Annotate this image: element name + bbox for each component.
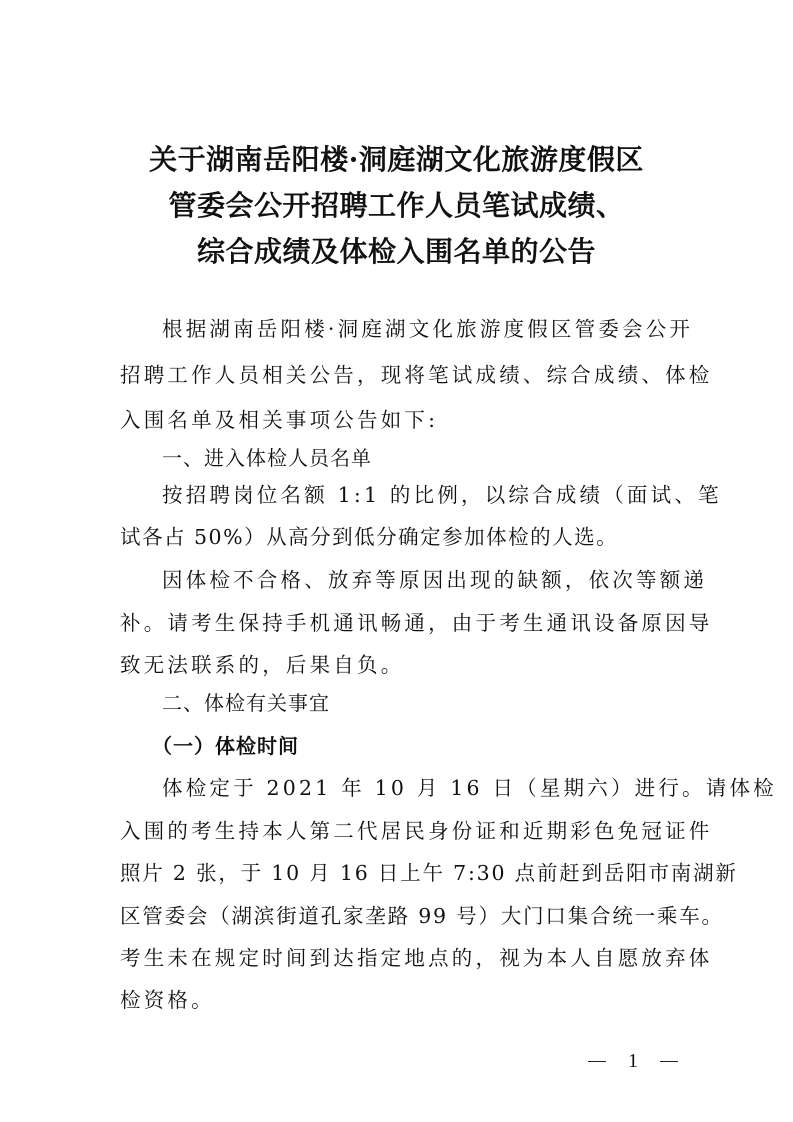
section-1-para-2-line-2: 补。请考生保持手机通讯畅通，由于考生通讯设备原因导 — [120, 608, 680, 638]
section-2-sub-1-heading: （一）体检时间 — [152, 731, 712, 761]
section-2-sub-1-line-1: 体检定于 2021 年 10 月 16 日（星期六）进行。请体检 — [162, 773, 680, 803]
section-1-para-1-line-2: 试各占 50%）从高分到低分确定参加体检的人选。 — [120, 522, 680, 552]
section-2-heading: 二、体检有关事宜 — [162, 688, 680, 718]
section-2-sub-1-line-5: 考生未在规定时间到达指定地点的，视为本人自愿放弃体 — [120, 943, 680, 973]
section-1-para-2-line-3: 致无法联系的，后果自负。 — [120, 650, 680, 680]
page-number: 1 — [628, 1048, 638, 1074]
section-1-para-2-line-1: 因体检不合格、放弃等原因出现的缺额，依次等额递 — [162, 565, 680, 595]
document-title-line-3: 综合成绩及体检入围名单的公告 — [0, 232, 793, 272]
intro-line-1: 根据湖南岳阳楼·洞庭湖文化旅游度假区管委会公开 — [162, 314, 680, 344]
intro-line-2: 招聘工作人员相关公告，现将笔试成绩、综合成绩、体检 — [120, 360, 680, 390]
section-2-sub-1-line-6: 检资格。 — [120, 985, 680, 1015]
section-2-sub-1-line-4: 区管委会（湖滨街道孔家垄路 99 号）大门口集合统一乘车。 — [120, 901, 680, 931]
dash-right-decoration — [660, 1061, 678, 1062]
section-2-sub-1-line-3: 照片 2 张，于 10 月 16 日上午 7:30 点前赶到岳阳市南湖新 — [120, 858, 680, 888]
page-number-footer: 1 — [588, 1048, 688, 1074]
document-page: 关于湖南岳阳楼·洞庭湖文化旅游度假区 管委会公开招聘工作人员笔试成绩、 综合成绩… — [0, 0, 793, 1122]
intro-line-3: 入围名单及相关事项公告如下: — [120, 405, 680, 435]
dash-left-decoration — [588, 1061, 606, 1062]
section-2-sub-1-line-2: 入围的考生持本人第二代居民身份证和近期彩色免冠证件 — [120, 816, 680, 846]
document-title-line-2: 管委会公开招聘工作人员笔试成绩、 — [0, 186, 793, 226]
section-1-heading: 一、进入体检人员名单 — [162, 443, 680, 473]
document-title-line-1: 关于湖南岳阳楼·洞庭湖文化旅游度假区 — [0, 140, 793, 180]
section-1-para-1-line-1: 按招聘岗位名额 1:1 的比例，以综合成绩（面试、笔 — [162, 480, 680, 510]
